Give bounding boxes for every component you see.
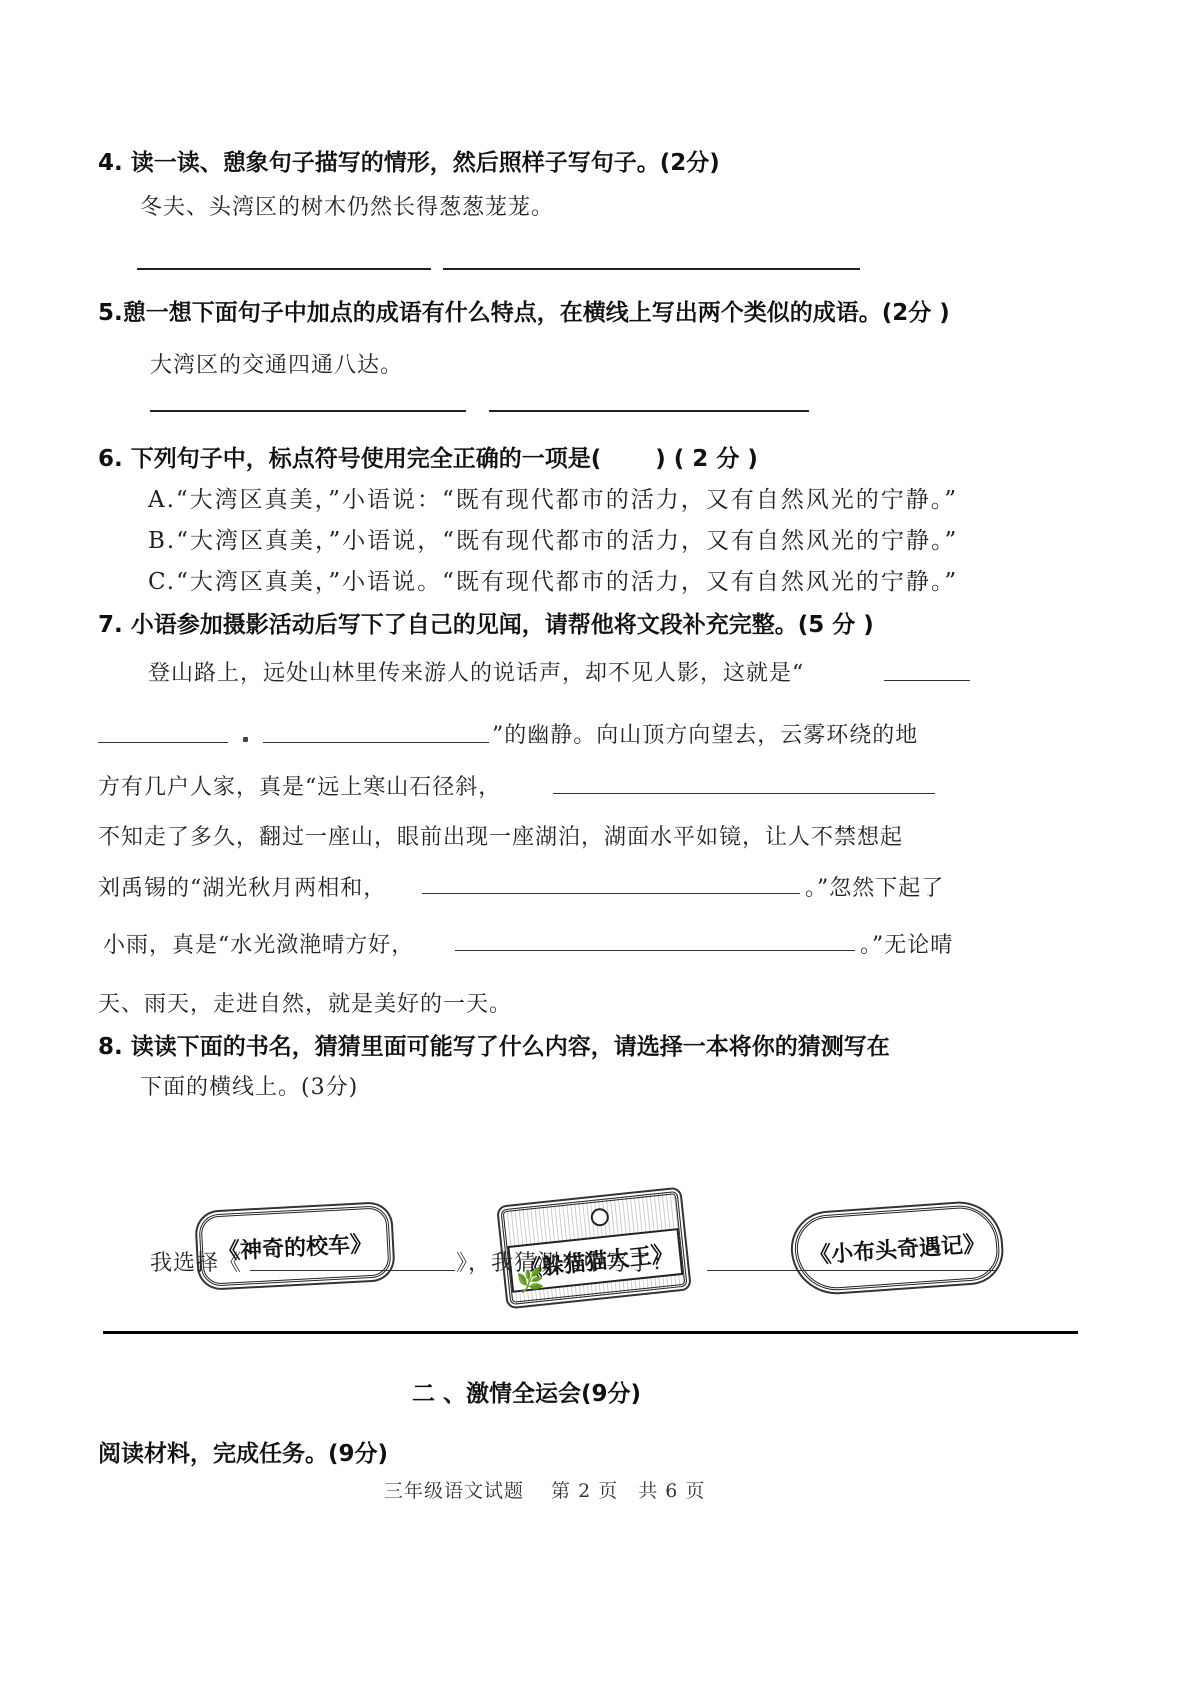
sun-icon (590, 1207, 610, 1227)
question-7-blank-4[interactable] (422, 893, 800, 894)
section-2-instruction: 阅读材料，完成任务。(9分) (98, 1435, 388, 1468)
section-divider (103, 1331, 1078, 1334)
question-8-book-choice-blank[interactable] (250, 1270, 455, 1271)
question-4-answer-blank-1[interactable] (137, 268, 431, 270)
option-label: A. (148, 487, 176, 513)
option-text: “大湾区真美，”小语说：“既有现代都市的活力，又有自然风光的宁静。” (176, 487, 958, 513)
question-7-line-1: 登山路上，远处山林里传来游人的说话声，却不见人影，这就是“ (148, 656, 804, 687)
book-card-little-rag-doll-adventures[interactable]: 《小布头奇遇记》 (793, 1203, 1002, 1293)
question-7-blank-1a[interactable] (884, 680, 970, 681)
question-4-answer-blank-2[interactable] (443, 268, 860, 270)
emphasized-idiom: 四通八达 (288, 353, 380, 378)
option-label: C. (148, 569, 176, 595)
question-7-line-4: 不知走了多久，翻过一座山，眼前出现一座湖泊，湖面水平如镜，让人不禁想起 (98, 820, 903, 851)
comma-mark (243, 737, 248, 742)
question-8-title-line-2: 下面的横线上。(3分) (140, 1070, 358, 1101)
question-5-answer-blank-2[interactable] (489, 410, 809, 412)
section-2-title: 二 、激情全运会(9分) (412, 1375, 641, 1408)
question-5-example: 大湾区的交通四通八达。 (150, 348, 403, 379)
question-5-answer-blank-1[interactable] (150, 410, 466, 412)
question-7-line-6-prefix: 小雨，真是“水光潋滟晴方好， (103, 928, 414, 959)
option-text: “大湾区真美，”小语说。“既有现代都市的活力，又有自然风光的宁静。” (176, 569, 958, 595)
question-7-title: 7. 小语参加摄影活动后写下了自己的见闻，请帮他将文段补充完整。(5 分 ) (98, 606, 874, 639)
question-4-title: 4. 读一读、憩象句子描写的情形，然后照样子写句子。(2分) (98, 144, 720, 177)
page-footer: 三年级语文试题 第 2 页 共 6 页 (384, 1476, 705, 1503)
question-6-option-a[interactable]: A.“大湾区真美，”小语说：“既有现代都市的活力，又有自然风光的宁静。” (148, 481, 958, 514)
option-text: “大湾区真美，”小语说，“既有现代都市的活力，又有自然风光的宁静。” (176, 528, 958, 554)
question-5-title: 5.憩一想下面句子中加点的成语有什么特点，在横线上写出两个类似的成语。(2分 ) (98, 294, 950, 327)
question-7-line-7: 天、雨天，走进自然，就是美好的一天。 (98, 987, 512, 1018)
question-8-answer-mid: 》，我猜测书中写了： (456, 1246, 675, 1277)
book-title: 《小布头奇遇记》 (808, 1226, 986, 1269)
question-7-blank-2[interactable] (263, 742, 489, 743)
example-prefix: 大湾区的交通 (150, 353, 288, 378)
option-label: B. (148, 528, 176, 554)
question-6-option-b[interactable]: B.“大湾区真美，”小语说，“既有现代都市的活力，又有自然风光的宁静。” (148, 522, 958, 555)
question-7-line-6-suffix: 。”无论晴 (860, 928, 953, 959)
question-7-line-2: ”的幽静。向山顶方向望去，云雾环绕的地 (492, 718, 918, 749)
question-8-answer-prefix: 我选择《 (150, 1246, 242, 1277)
question-6-title: 6. 下列句子中，标点符号使用完全正确的一项是( ) ( 2 分 ) (98, 440, 758, 473)
question-8-guess-blank[interactable] (707, 1270, 997, 1271)
question-7-line-5-suffix: 。”忽然下起了 (805, 871, 944, 902)
question-6-option-c[interactable]: C.“大湾区真美，”小语说。“既有现代都市的活力，又有自然风光的宁静。” (148, 563, 958, 596)
question-7-line-3: 方有几户人家，真是“远上寒山石径斜， (98, 770, 501, 801)
question-4-example: 冬夫、头湾区的树木仍然长得葱葱茏茏。 (140, 190, 554, 221)
question-8-title-line-1: 8. 读读下面的书名，猜猜里面可能写了什么内容，请选择一本将你的猜测写在 (98, 1028, 890, 1061)
question-7-line-5-prefix: 刘禹锡的“湖光秋月两相和， (98, 871, 386, 902)
question-7-blank-3[interactable] (553, 793, 935, 794)
question-7-blank-1b[interactable] (98, 742, 228, 743)
question-7-blank-5[interactable] (455, 950, 855, 951)
example-suffix: 。 (380, 353, 403, 378)
